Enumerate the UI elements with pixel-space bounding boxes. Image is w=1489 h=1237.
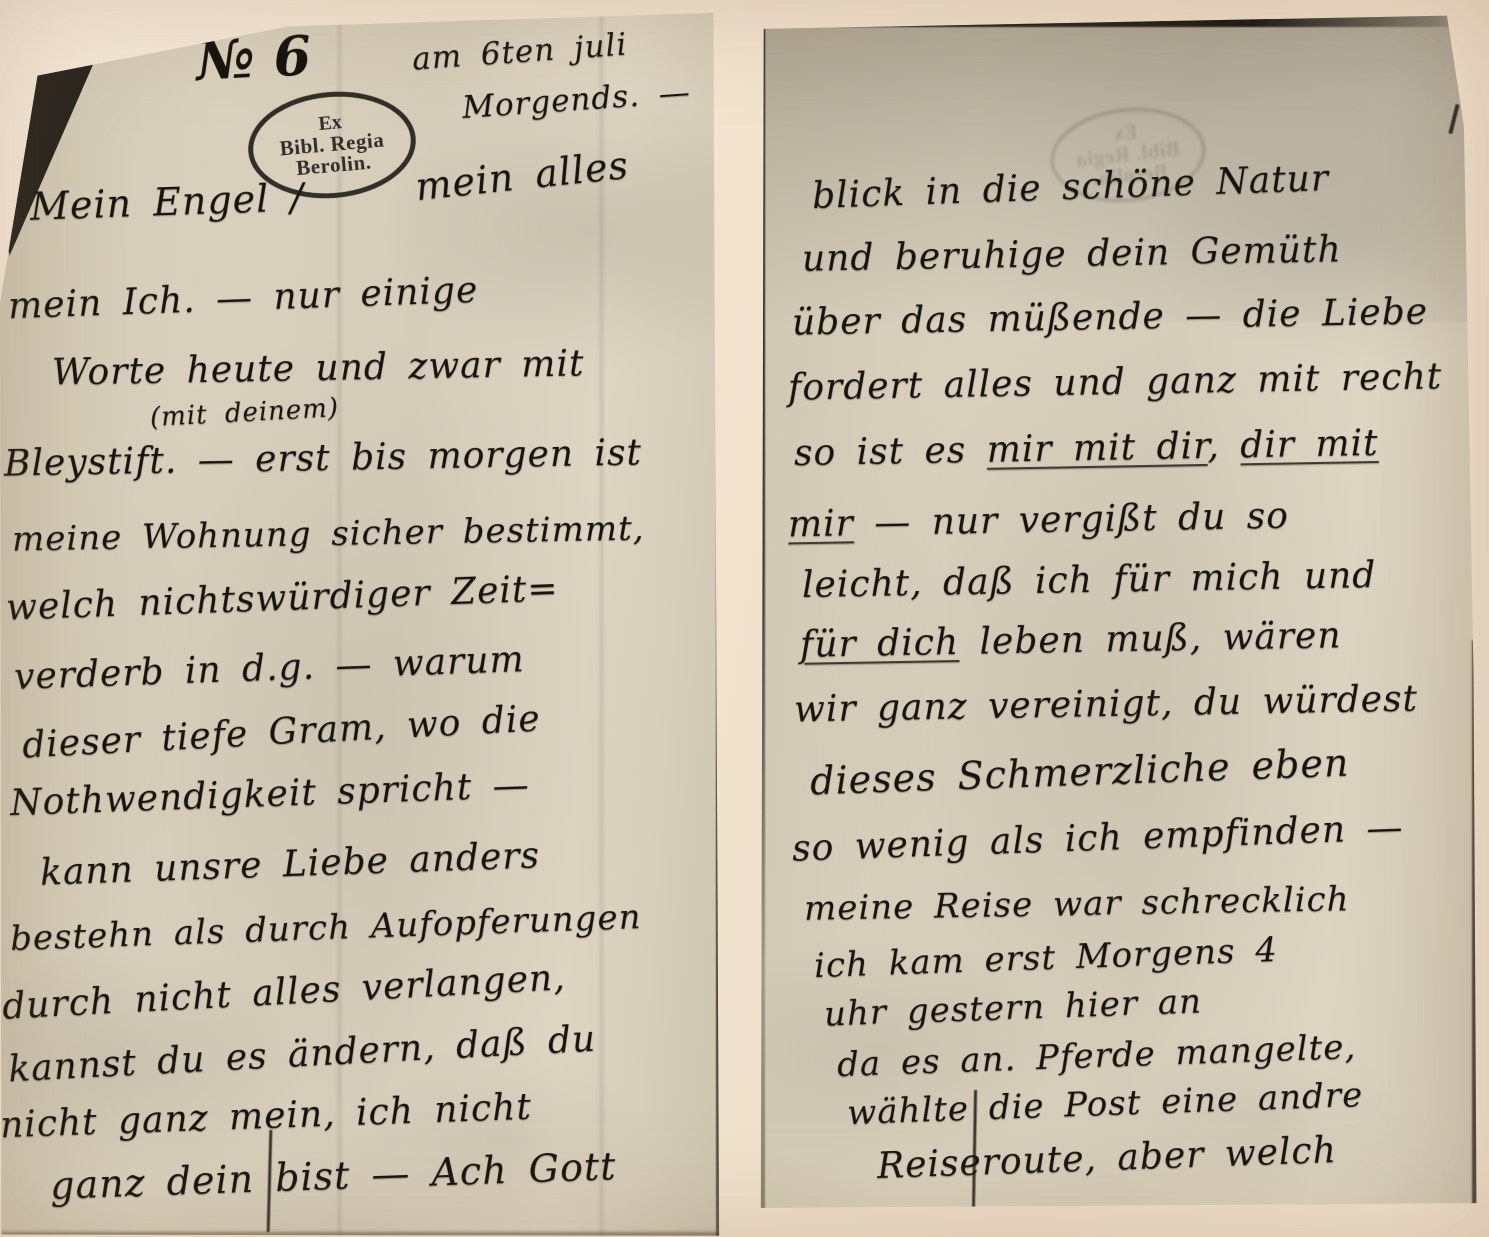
handwriting-line: wählte die Post eine andre (846, 1075, 1363, 1133)
ink-flourish (1448, 104, 1459, 134)
page-edge (43, 8, 722, 11)
handwriting-line: da es an. Pferde mangelte, (836, 1027, 1356, 1085)
handwriting-line: (mit deinem) (149, 393, 339, 433)
underlined-phrase: dir mit (1240, 423, 1379, 466)
handwriting-line: dieses Schmerzliche eben (809, 741, 1350, 804)
handwriting-line: uhr gestern hier an (823, 981, 1202, 1034)
handwriting-line: meine Reise war schrecklich (804, 879, 1350, 929)
handwriting-line: Reiseroute, aber welch (876, 1130, 1337, 1187)
handwriting-line: über das müßende — die Liebe (792, 291, 1429, 343)
letter-page-right: Ex Bibl. Regia Berolin. blick in die sch… (752, 12, 1489, 1220)
handwriting-line: Worte heute und zwar mit (52, 343, 585, 393)
page-edge (716, 8, 720, 1237)
page-corner-cut (1455, 18, 1475, 135)
handwriting-line: Nothwendigkeit spricht — (9, 765, 530, 824)
handwriting-line: kann unsre Liebe anders (39, 835, 540, 893)
handwriting-line: Mein Engel / (29, 175, 305, 229)
page-edge (760, 22, 765, 1212)
handwriting-line: so ist es mir mit dir, dir mit (794, 423, 1379, 474)
fold-crease (600, 8, 603, 1237)
letter-photograph: № 6 am 6ten juli Morgends. — Ex Bibl. Re… (0, 0, 1489, 1237)
handwriting-line: verderb in d.g. — warum (13, 639, 525, 698)
handwriting-line: wir ganz vereinigt, du würdest (794, 679, 1419, 731)
handwriting-line: fordert alles und ganz mit recht (788, 356, 1443, 408)
handwriting-line: durch nicht alles verlangen, (1, 957, 566, 1027)
underlined-phrase: für dich (800, 622, 960, 666)
handwriting-line: leicht, daß ich für mich und (802, 555, 1377, 606)
date-line: am 6ten juli (411, 27, 628, 78)
handwriting-line: Bleystift. — erst bis morgen ist (4, 432, 643, 484)
handwriting-line: für dich leben muß, wären (800, 615, 1342, 665)
date-line: Morgends. — (461, 74, 692, 126)
page-edge (0, 1232, 722, 1237)
underlined-phrase: mir (788, 503, 855, 545)
handwriting-line: ganz dein bist — Ach Gott (49, 1144, 617, 1208)
underlined-phrase: mir mit dir (986, 426, 1207, 471)
handwriting-line: kannst du es ändern, daß du (7, 1019, 597, 1091)
handwriting-line: ich kam erst Morgens 4 (813, 930, 1278, 986)
handwriting-line: nicht ganz mein, ich nicht (0, 1087, 532, 1147)
handwriting-line: mir — nur vergißt du so (788, 496, 1290, 546)
handwriting-line: und beruhige dein Gemüth (802, 229, 1342, 279)
handwriting-line: mein alles (413, 143, 631, 209)
handwriting-line: welch nichtswürdiger Zeit= (5, 568, 559, 628)
page-edge (752, 1214, 1489, 1220)
handwriting-line: bestehn als durch Aufopferungen (9, 897, 642, 959)
page-edge (1472, 640, 1477, 1210)
letter-number-label: № 6 (194, 23, 312, 93)
handwriting-line: dieser tiefe Gram, wo die (21, 698, 541, 766)
handwriting-line: so wenig als ich empfinden — (791, 807, 1404, 869)
letter-page-left: № 6 am 6ten juli Morgends. — Ex Bibl. Re… (0, 8, 722, 1237)
page-edge (752, 12, 1467, 27)
handwriting-line: meine Wohnung sicher bestimmt, (12, 508, 645, 559)
handwriting-line: mein Ich. — nur einige (7, 270, 479, 327)
stamp-line: Berolin. (295, 152, 372, 180)
handwriting-line: blick in die schöne Natur (811, 158, 1329, 217)
